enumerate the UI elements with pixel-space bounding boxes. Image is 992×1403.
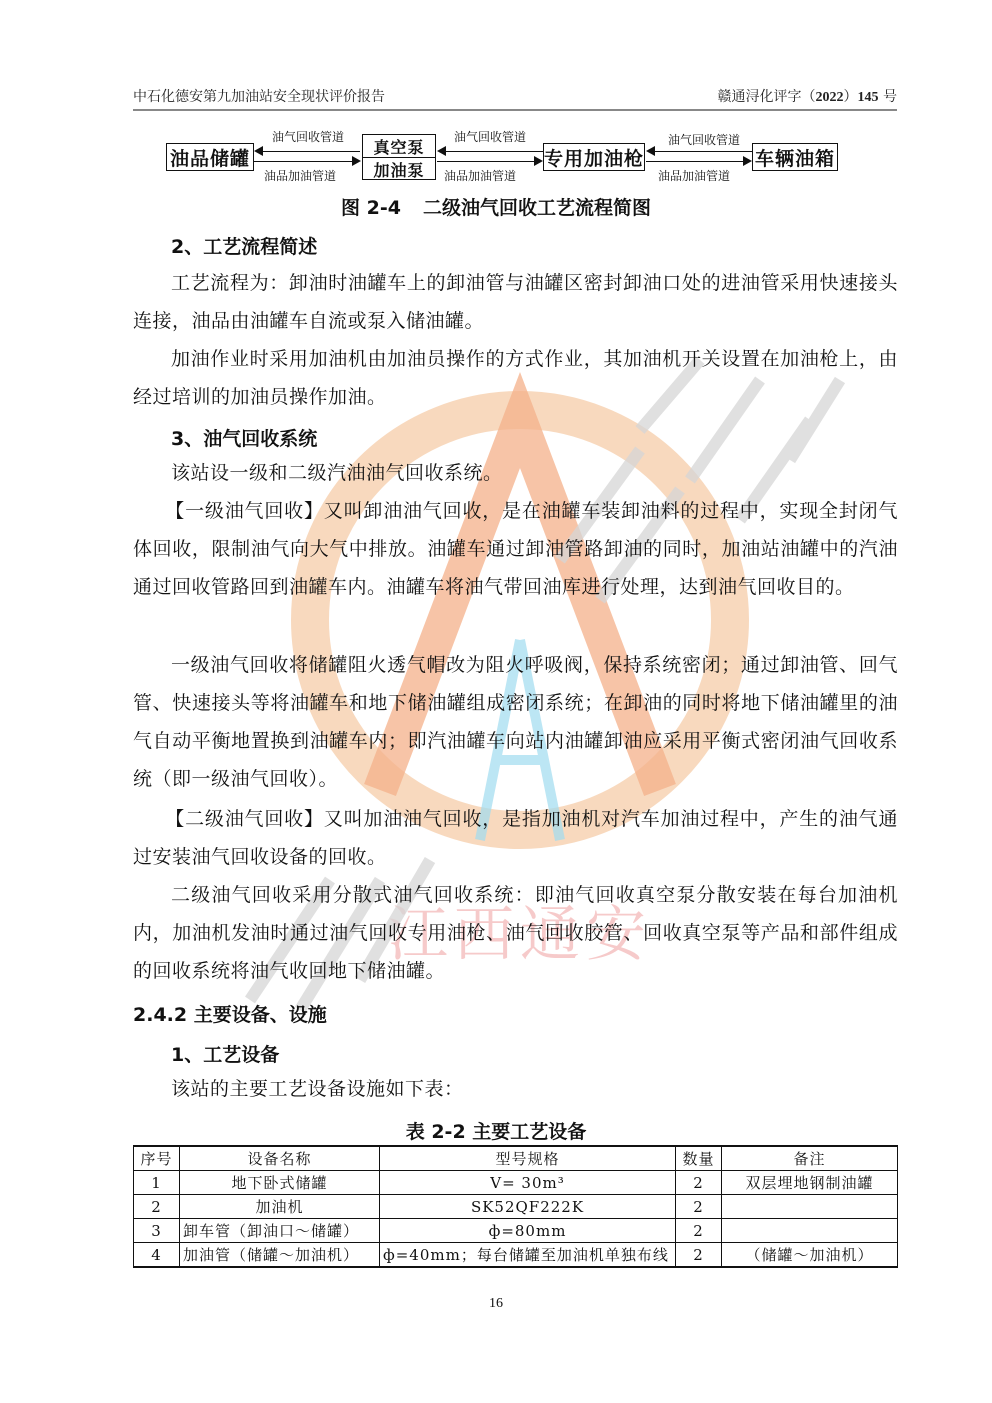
col-header: 备注 — [722, 1146, 898, 1171]
cell — [722, 1195, 898, 1219]
table-row: 1 地下卧式储罐 V= 30m³ 2 双层埋地钢制油罐 — [134, 1171, 898, 1195]
vapor-line — [654, 151, 752, 152]
table-row: 2 加油机 SK52QF222K 2 — [134, 1195, 898, 1219]
node-storage-tank: 油品储罐 — [166, 143, 254, 171]
paragraph: 【二级油气回收】又叫加油油气回收，是指加油机对汽车加油过程中，产生的油气通过安装… — [133, 800, 898, 876]
col-header: 设备名称 — [180, 1146, 380, 1171]
cell: 地下卧式储罐 — [180, 1171, 380, 1195]
report-number: 赣通浔化评字（2022）145 号 — [718, 86, 897, 106]
header-rule — [133, 109, 897, 111]
col-header: 数量 — [676, 1146, 722, 1171]
arrow-right-icon — [352, 156, 361, 166]
arrow-right-icon — [534, 156, 543, 166]
paragraph: 该站的主要工艺设备设施如下表： — [133, 1070, 898, 1108]
fuel-line — [254, 161, 352, 162]
paragraph: 工艺流程为：卸油时油罐车上的卸油管与油罐区密封卸油口处的进油管采用快速接头连接，… — [133, 264, 898, 340]
section-heading: 1、工艺设备 — [171, 1040, 279, 1067]
pipe-label-fuel: 油品加油管道 — [264, 167, 336, 184]
cell: 双层埋地钢制油罐 — [722, 1171, 898, 1195]
subsection-heading: 2.4.2 主要设备、设施 — [133, 1000, 327, 1027]
vapor-line — [262, 151, 360, 152]
cell: ф=40mm；每台储罐至加油机单独布线 — [380, 1243, 676, 1268]
node-nozzle: 专用加油枪 — [543, 143, 645, 171]
report-title: 中石化德安第九加油站安全现状评价报告 — [133, 86, 385, 106]
cell: 加油管（储罐～加油机） — [180, 1243, 380, 1268]
node-vacuum-pump: 真空泵 — [363, 135, 435, 158]
cell: SK52QF222K — [380, 1195, 676, 1219]
page-header: 中石化德安第九加油站安全现状评价报告 赣通浔化评字（2022）145 号 — [133, 86, 897, 108]
arrow-right-icon — [743, 156, 752, 166]
cell: 2 — [676, 1195, 722, 1219]
paragraph: 该站设一级和二级汽油油气回收系统。 — [133, 454, 898, 492]
paragraph: 【一级油气回收】又叫卸油油气回收，是在油罐车装卸油料的过程中，实现全封闭气体回收… — [133, 492, 898, 606]
node-fuel-pump: 加油泵 — [363, 158, 435, 180]
equipment-table: 序号 设备名称 型号规格 数量 备注 1 地下卧式储罐 V= 30m³ 2 双层… — [133, 1145, 898, 1268]
node-pumps: 真空泵 加油泵 — [362, 134, 436, 180]
pipe-label-fuel: 油品加油管道 — [444, 167, 516, 184]
cell: 2 — [676, 1243, 722, 1268]
cell: 2 — [676, 1219, 722, 1243]
page-number: 16 — [0, 1296, 992, 1312]
paragraph: 一级油气回收将储罐阻火透气帽改为阻火呼吸阀，保持系统密闭；通过卸油管、回气管、快… — [133, 646, 898, 798]
cell: 2 — [676, 1171, 722, 1195]
pipe-label-vapor: 油气回收管道 — [668, 131, 740, 148]
cell: V= 30m³ — [380, 1171, 676, 1195]
table-row: 3 卸车管（卸油口～储罐） ф=80mm 2 — [134, 1219, 898, 1243]
cell: 1 — [134, 1171, 180, 1195]
col-header: 型号规格 — [380, 1146, 676, 1171]
cell: 2 — [134, 1195, 180, 1219]
node-vehicle-tank: 车辆油箱 — [752, 143, 838, 171]
cell — [722, 1219, 898, 1243]
pipe-label-fuel: 油品加油管道 — [658, 167, 730, 184]
vapor-line — [445, 151, 543, 152]
table-caption: 表 2-2 主要工艺设备 — [0, 1117, 992, 1144]
flow-diagram: 油品储罐 油气回收管道 油品加油管道 真空泵 加油泵 油气回收管道 油品加油管道… — [166, 128, 846, 184]
pipe-label-vapor: 油气回收管道 — [272, 128, 344, 145]
paragraph: 加油作业时采用加油机由加油员操作的方式作业，其加油机开关设置在加油枪上，由经过培… — [133, 340, 898, 416]
cell: 4 — [134, 1243, 180, 1268]
fuel-line — [646, 161, 744, 162]
figure-caption: 图 2-4二级油气回收工艺流程简图 — [0, 193, 992, 220]
cell: 3 — [134, 1219, 180, 1243]
cell: ф=80mm — [380, 1219, 676, 1243]
cell: 加油机 — [180, 1195, 380, 1219]
col-header: 序号 — [134, 1146, 180, 1171]
table-row: 4 加油管（储罐～加油机） ф=40mm；每台储罐至加油机单独布线 2 （储罐～… — [134, 1243, 898, 1268]
cell: 卸车管（卸油口～储罐） — [180, 1219, 380, 1243]
cell: （储罐～加油机） — [722, 1243, 898, 1268]
document-page: 江西通安 中石化德安第九加油站安全现状评价报告 赣通浔化评字（2022）145 … — [0, 0, 992, 1403]
section-heading: 3、油气回收系统 — [171, 424, 317, 451]
paragraph: 二级油气回收采用分散式油气回收系统：即油气回收真空泵分散安装在每台加油机内，加油… — [133, 876, 898, 990]
table-header-row: 序号 设备名称 型号规格 数量 备注 — [134, 1146, 898, 1171]
section-heading: 2、工艺流程简述 — [171, 232, 317, 259]
pipe-label-vapor: 油气回收管道 — [454, 128, 526, 145]
fuel-line — [437, 161, 535, 162]
